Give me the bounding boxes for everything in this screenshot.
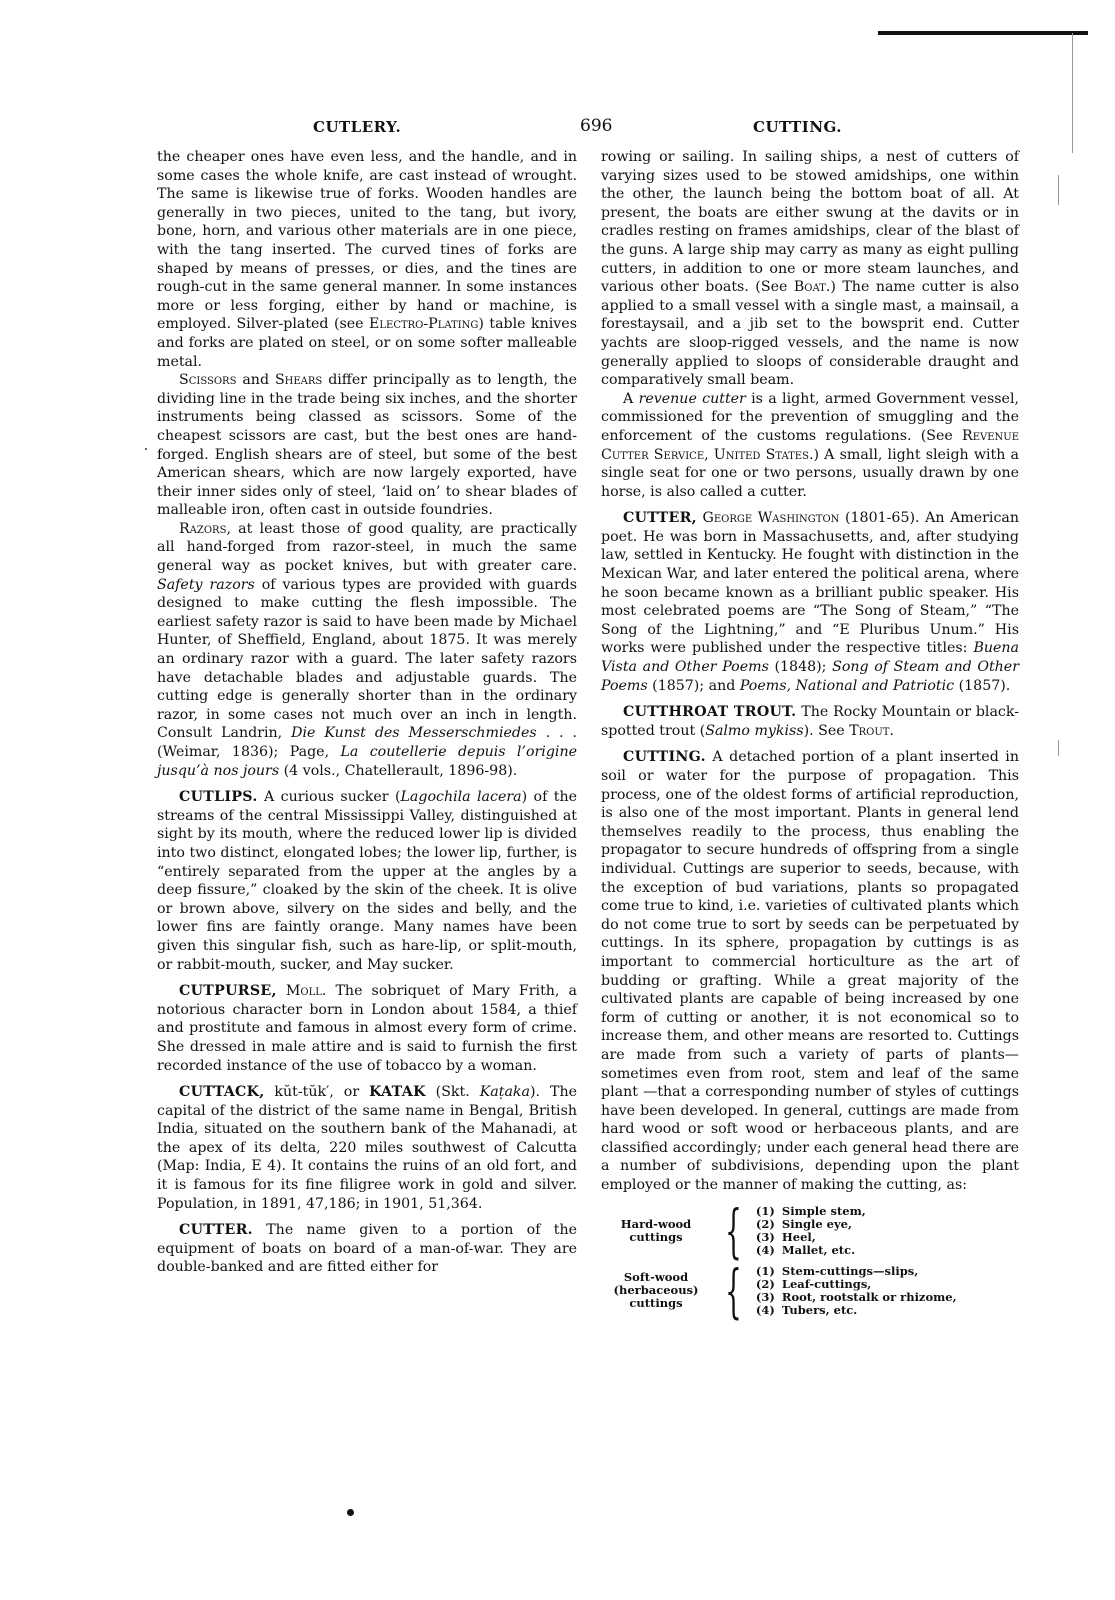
classification-group-softwood: Soft-wood (herbaceous) cuttings { (1)Ste… <box>601 1265 1019 1317</box>
headword: CUTTING. <box>623 749 706 765</box>
scan-edge-mark <box>1058 740 1059 756</box>
entry-cuttack: CUTTACK, kŭt-tŭk′, or KATAK (Skt. Kaṭaka… <box>157 1083 577 1213</box>
headword: CUTTHROAT TROUT. <box>623 704 796 720</box>
list-item: (4)Tubers, etc. <box>756 1304 957 1317</box>
footer-dot <box>347 1509 354 1516</box>
running-head-left: CUTLERY. <box>313 118 401 136</box>
entry-cutter-george-washington: CUTTER, George Washington (1801-65). An … <box>601 509 1019 695</box>
page-number: 696 <box>580 116 612 136</box>
entry-cutlips: CUTLIPS. A curious sucker (Lagochila lac… <box>157 788 577 974</box>
group-label: Hard-wood cuttings <box>601 1218 711 1244</box>
list-item: (4)Mallet, etc. <box>756 1244 866 1257</box>
paragraph-razors: Razors, at least those of good quality, … <box>157 520 577 780</box>
left-column: the cheaper ones have even less, and the… <box>157 148 577 1277</box>
entry-cutthroat-trout: CUTTHROAT TROUT. The Rocky Mountain or b… <box>601 703 1019 740</box>
brace-icon: { <box>725 1265 742 1317</box>
entry-cutpurse: CUTPURSE, Moll. The sobriquet of Mary Fr… <box>157 982 577 1075</box>
cuttings-classification: Hard-wood cuttings { (1)Simple stem, (2)… <box>601 1205 1019 1317</box>
paragraph-revenue-cutter: A revenue cutter is a light, armed Gover… <box>601 390 1019 502</box>
cross-reference: Electro-Plating <box>369 316 478 332</box>
margin-speck <box>145 448 147 450</box>
headword: CUTTER, <box>623 510 697 526</box>
headword: CUTLIPS. <box>179 789 258 805</box>
entry-cutting: CUTTING. A detached portion of a plant i… <box>601 748 1019 1194</box>
classification-group-hardwood: Hard-wood cuttings { (1)Simple stem, (2)… <box>601 1205 1019 1257</box>
group-items: (1)Simple stem, (2)Single eye, (3)Heel, … <box>756 1205 866 1257</box>
cross-reference: Trout <box>849 723 889 739</box>
paragraph-cutlery-continued: the cheaper ones have even less, and the… <box>157 148 577 371</box>
page-header: CUTLERY. 696 CUTTING. <box>150 118 1050 140</box>
group-items: (1)Stem-cuttings—slips, (2)Leaf-cuttings… <box>756 1265 957 1317</box>
brace-icon: { <box>725 1205 742 1257</box>
headword: CUTTACK, <box>179 1084 264 1100</box>
running-head-right: CUTTING. <box>753 118 842 136</box>
right-column: rowing or sailing. In sailing ships, a n… <box>601 148 1019 1325</box>
paragraph-scissors: Scissors and Shears differ principally a… <box>157 371 577 520</box>
headword: CUTPURSE, <box>179 983 277 999</box>
group-label: Soft-wood (herbaceous) cuttings <box>601 1271 711 1310</box>
headword: CUTTER. <box>179 1222 253 1238</box>
cross-reference: Boat <box>794 279 826 295</box>
paragraph-cutter-continued: rowing or sailing. In sailing ships, a n… <box>601 148 1019 390</box>
scan-corner-rule <box>878 31 1088 35</box>
scan-edge-line <box>1072 33 1073 153</box>
entry-cutter: CUTTER. The name given to a portion of t… <box>157 1221 577 1277</box>
scan-edge-mark <box>1058 175 1059 205</box>
